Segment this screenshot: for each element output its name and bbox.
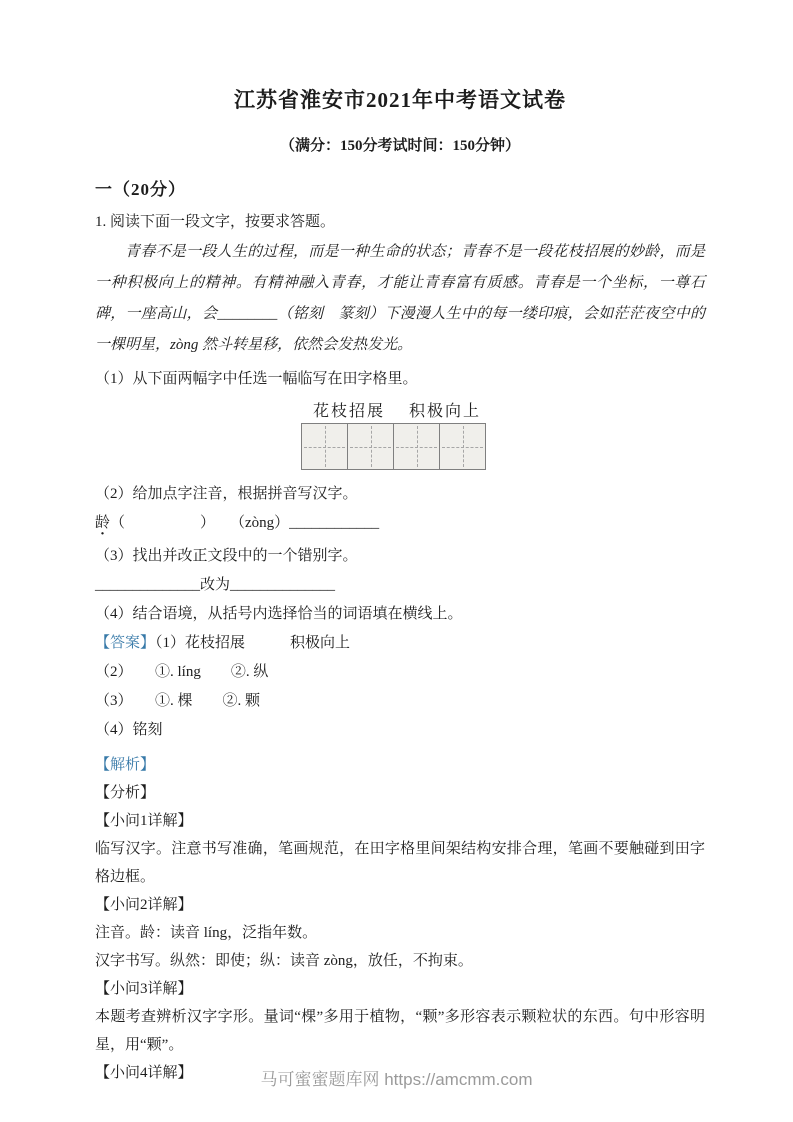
page-content: 江苏省淮安市2021年中考语文试卷 （满分：150分考试时间：150分钟） 一（…: [95, 84, 705, 1087]
tianzige-cell: [439, 423, 486, 470]
section-one-heading: 一（20分）: [95, 175, 705, 200]
cell-horizontal-dashed-line: [396, 447, 437, 448]
copybook-option-1: 花枝招展: [301, 398, 397, 421]
tianzige-cell: [301, 423, 348, 470]
explanation-label: 【解析】: [95, 751, 705, 779]
subquestion-1: （1）从下面两幅字中任选一幅临写在田字格里。: [95, 365, 705, 394]
page-title: 江苏省淮安市2021年中考语文试卷: [95, 84, 705, 114]
cell-horizontal-dashed-line: [442, 447, 483, 448]
subquestion-2: （2）给加点字注音，根据拼音写汉字。: [95, 480, 705, 509]
question-1-stem: 1. 阅读下面一段文字，按要求答题。: [95, 208, 705, 237]
reading-passage: 青春不是一段人生的过程，而是一种生命的状态；青春不是一段花枝招展的妙龄，而是一种…: [95, 237, 705, 361]
exam-score-time-subtitle: （满分：150分考试时间：150分钟）: [95, 134, 705, 155]
answer-line-4: （4）铭刻: [95, 716, 705, 745]
answer-label: 【答案】: [95, 635, 155, 651]
subanswer-2-text-2: 汉字书写。纵然：即使；纵：读音 zòng，放任，不拘束。: [95, 947, 705, 975]
site-watermark: 马可蜜蜜题库网 https://amcmm.com: [0, 1065, 793, 1090]
subquestion-3-blank-line: ______________改为______________: [95, 571, 705, 600]
exam-paper-page: 江苏省淮安市2021年中考语文试卷 （满分：150分考试时间：150分钟） 一（…: [0, 0, 793, 1122]
answer-line-1: 【答案】（1）花枝招展 积极向上: [95, 629, 705, 658]
cell-horizontal-dashed-line: [350, 447, 391, 448]
copybook-labels: 花枝招展 积极向上: [301, 398, 493, 421]
analysis-label: 【分析】: [95, 779, 705, 807]
subanswer-2-label: 【小问2详解】: [95, 891, 705, 919]
tianzige-cell: [347, 423, 394, 470]
subanswer-3-text: 本题考查辨析汉字字形。量词“棵”多用于植物，“颗”多形容表示颗粒状的东西。句中形…: [95, 1003, 705, 1059]
pinyin-blank-line: （ ） （zòng）____________: [110, 515, 379, 531]
subanswer-2-text-1: 注音。龄：读音 líng，泛指年数。: [95, 919, 705, 947]
answer-1-text: （1）花枝招展 积极向上: [155, 635, 350, 651]
copybook-grid: [301, 423, 705, 470]
cell-horizontal-dashed-line: [304, 447, 345, 448]
subquestion-4: （4）结合语境，从括号内选择恰当的词语填在横线上。: [95, 600, 705, 629]
subquestion-2-answer-line: 龄（ ） （zòng）____________: [95, 509, 705, 538]
subquestion-3: （3）找出并改正文段中的一个错别字。: [95, 542, 705, 571]
answer-line-3: （3） ①. 棵 ②. 颗: [95, 687, 705, 716]
subanswer-3-label: 【小问3详解】: [95, 975, 705, 1003]
answer-line-2: （2） ①. líng ②. 纵: [95, 658, 705, 687]
subanswer-1-text: 临写汉字。注意书写准确，笔画规范，在田字格里间架结构安排合理，笔画不要触碰到田字…: [95, 835, 705, 891]
tianzige-cell: [393, 423, 440, 470]
subanswer-1-label: 【小问1详解】: [95, 807, 705, 835]
copybook-option-2: 积极向上: [397, 398, 493, 421]
dotted-character: 龄: [95, 509, 110, 538]
